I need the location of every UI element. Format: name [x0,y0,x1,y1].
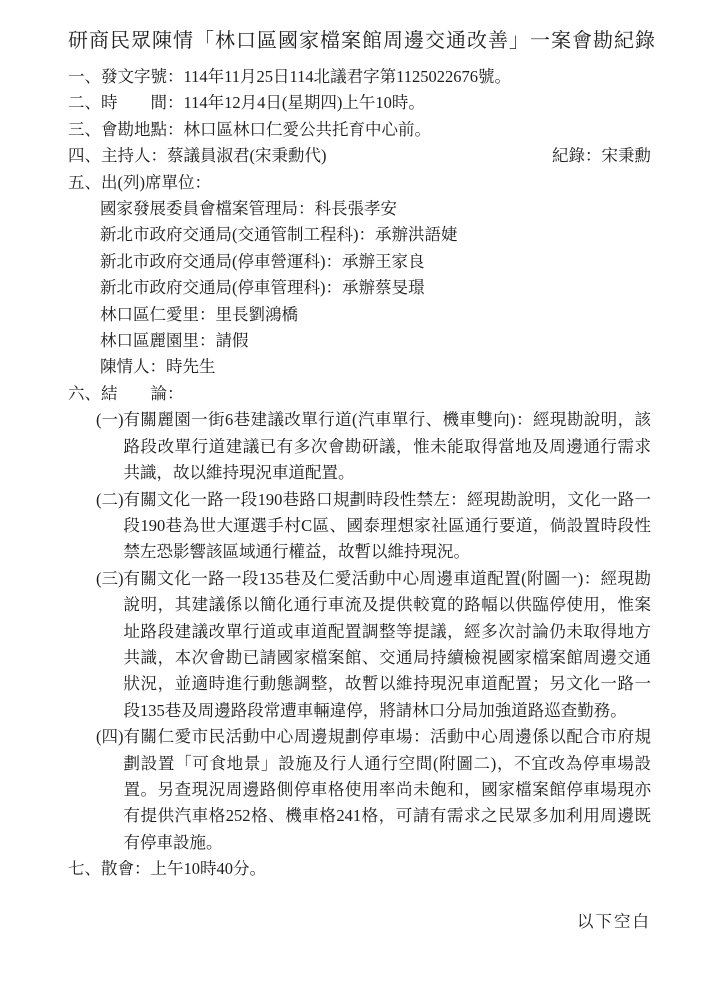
field-meeting-time: 二、時 間：114年12月4日(星期四)上午10時。 [68,90,651,116]
field-meeting-location: 三、會勘地點：林口區林口仁愛公共托育中心前。 [68,117,651,143]
conclusion-item-4: (四) 有關仁愛市民活動中心周邊規劃停車場：活動中心周邊係以配合市府規劃設置「可… [96,724,651,856]
field-text: 會勘地點：林口區林口仁愛公共托育中心前。 [101,120,431,139]
item-number: 一、 [68,67,101,86]
item-number: 七、 [68,859,101,878]
conclusion-heading: 六、結 論： [68,381,651,407]
attendee-item: 陳情人：時先生 [68,354,651,380]
field-text: 散會：上午10時40分。 [101,859,266,878]
conclusion-marker: (四) [96,724,124,750]
attendee-item: 新北市政府交通局(交通管制工程科)：承辦洪語婕 [68,222,651,248]
field-adjournment: 七、散會：上午10時40分。 [68,856,651,882]
blank-below-note: 以下空白 [68,909,651,935]
field-attendee-units-heading: 五、出(列)席單位： [68,170,651,196]
field-text: 結 論： [101,384,184,403]
conclusion-marker: (一) [96,407,124,433]
attendee-item: 新北市政府交通局(停車管理科)：承辦蔡旻璟 [68,275,651,301]
attendee-item: 林口區麗園里：請假 [68,328,651,354]
conclusion-text: 有關仁愛市民活動中心周邊規劃停車場：活動中心周邊係以配合市府規劃設置「可食地景」… [124,724,652,856]
item-number: 三、 [68,120,101,139]
chairperson-text: 四、主持人：蔡議員淑君(宋秉勳代) [68,143,327,169]
attendee-item: 國家發展委員會檔案管理局：科長張孝安 [68,196,651,222]
field-chairperson: 四、主持人：蔡議員淑君(宋秉勳代) 紀錄：宋秉勳 [68,143,651,169]
field-text: 主持人：蔡議員淑君(宋秉勳代) [101,146,327,165]
attendee-item: 新北市政府交通局(停車營運科)：承辦王家良 [68,249,651,275]
conclusion-item-3: (三) 有關文化一路一段135巷及仁愛活動中心周邊車道配置(附圖一)：經現勘說明… [96,566,651,724]
conclusion-text: 有關文化一路一段190巷路口規劃時段性禁左：經現勘說明，文化一路一段190巷為世… [124,487,652,566]
conclusion-item-1: (一) 有關麗園一街6巷建議改單行道(汽車單行、機車雙向)：經現勘說明，該路段改… [96,407,651,486]
item-number: 四、 [68,146,101,165]
field-text: 時 間：114年12月4日(星期四)上午10時。 [101,93,425,112]
field-doc-number: 一、發文字號：114年11月25日114北議君字第1125022676號。 [68,64,651,90]
field-text: 出(列)席單位： [101,173,211,192]
item-number: 二、 [68,93,101,112]
meeting-minutes-page: 研商民眾陳情「林口區國家檔案館周邊交通改善」一案會勘紀錄 一、發文字號：114年… [0,0,707,1000]
conclusion-text: 有關文化一路一段135巷及仁愛活動中心周邊車道配置(附圖一)：經現勘說明，其建議… [124,566,652,724]
recorder-text: 紀錄：宋秉勳 [552,143,651,169]
attendee-item: 林口區仁愛里：里長劉鴻橋 [68,302,651,328]
field-text: 發文字號：114年11月25日114北議君字第1125022676號。 [101,67,511,86]
conclusion-item-2: (二) 有關文化一路一段190巷路口規劃時段性禁左：經現勘說明，文化一路一段19… [96,487,651,566]
conclusion-text: 有關麗園一街6巷建議改單行道(汽車單行、機車雙向)：經現勘說明，該路段改單行道建… [124,407,652,486]
item-number: 六、 [68,384,101,403]
page-title: 研商民眾陳情「林口區國家檔案館周邊交通改善」一案會勘紀錄 [68,24,651,58]
item-number: 五、 [68,173,101,192]
conclusion-marker: (二) [96,487,124,513]
conclusion-marker: (三) [96,566,124,592]
